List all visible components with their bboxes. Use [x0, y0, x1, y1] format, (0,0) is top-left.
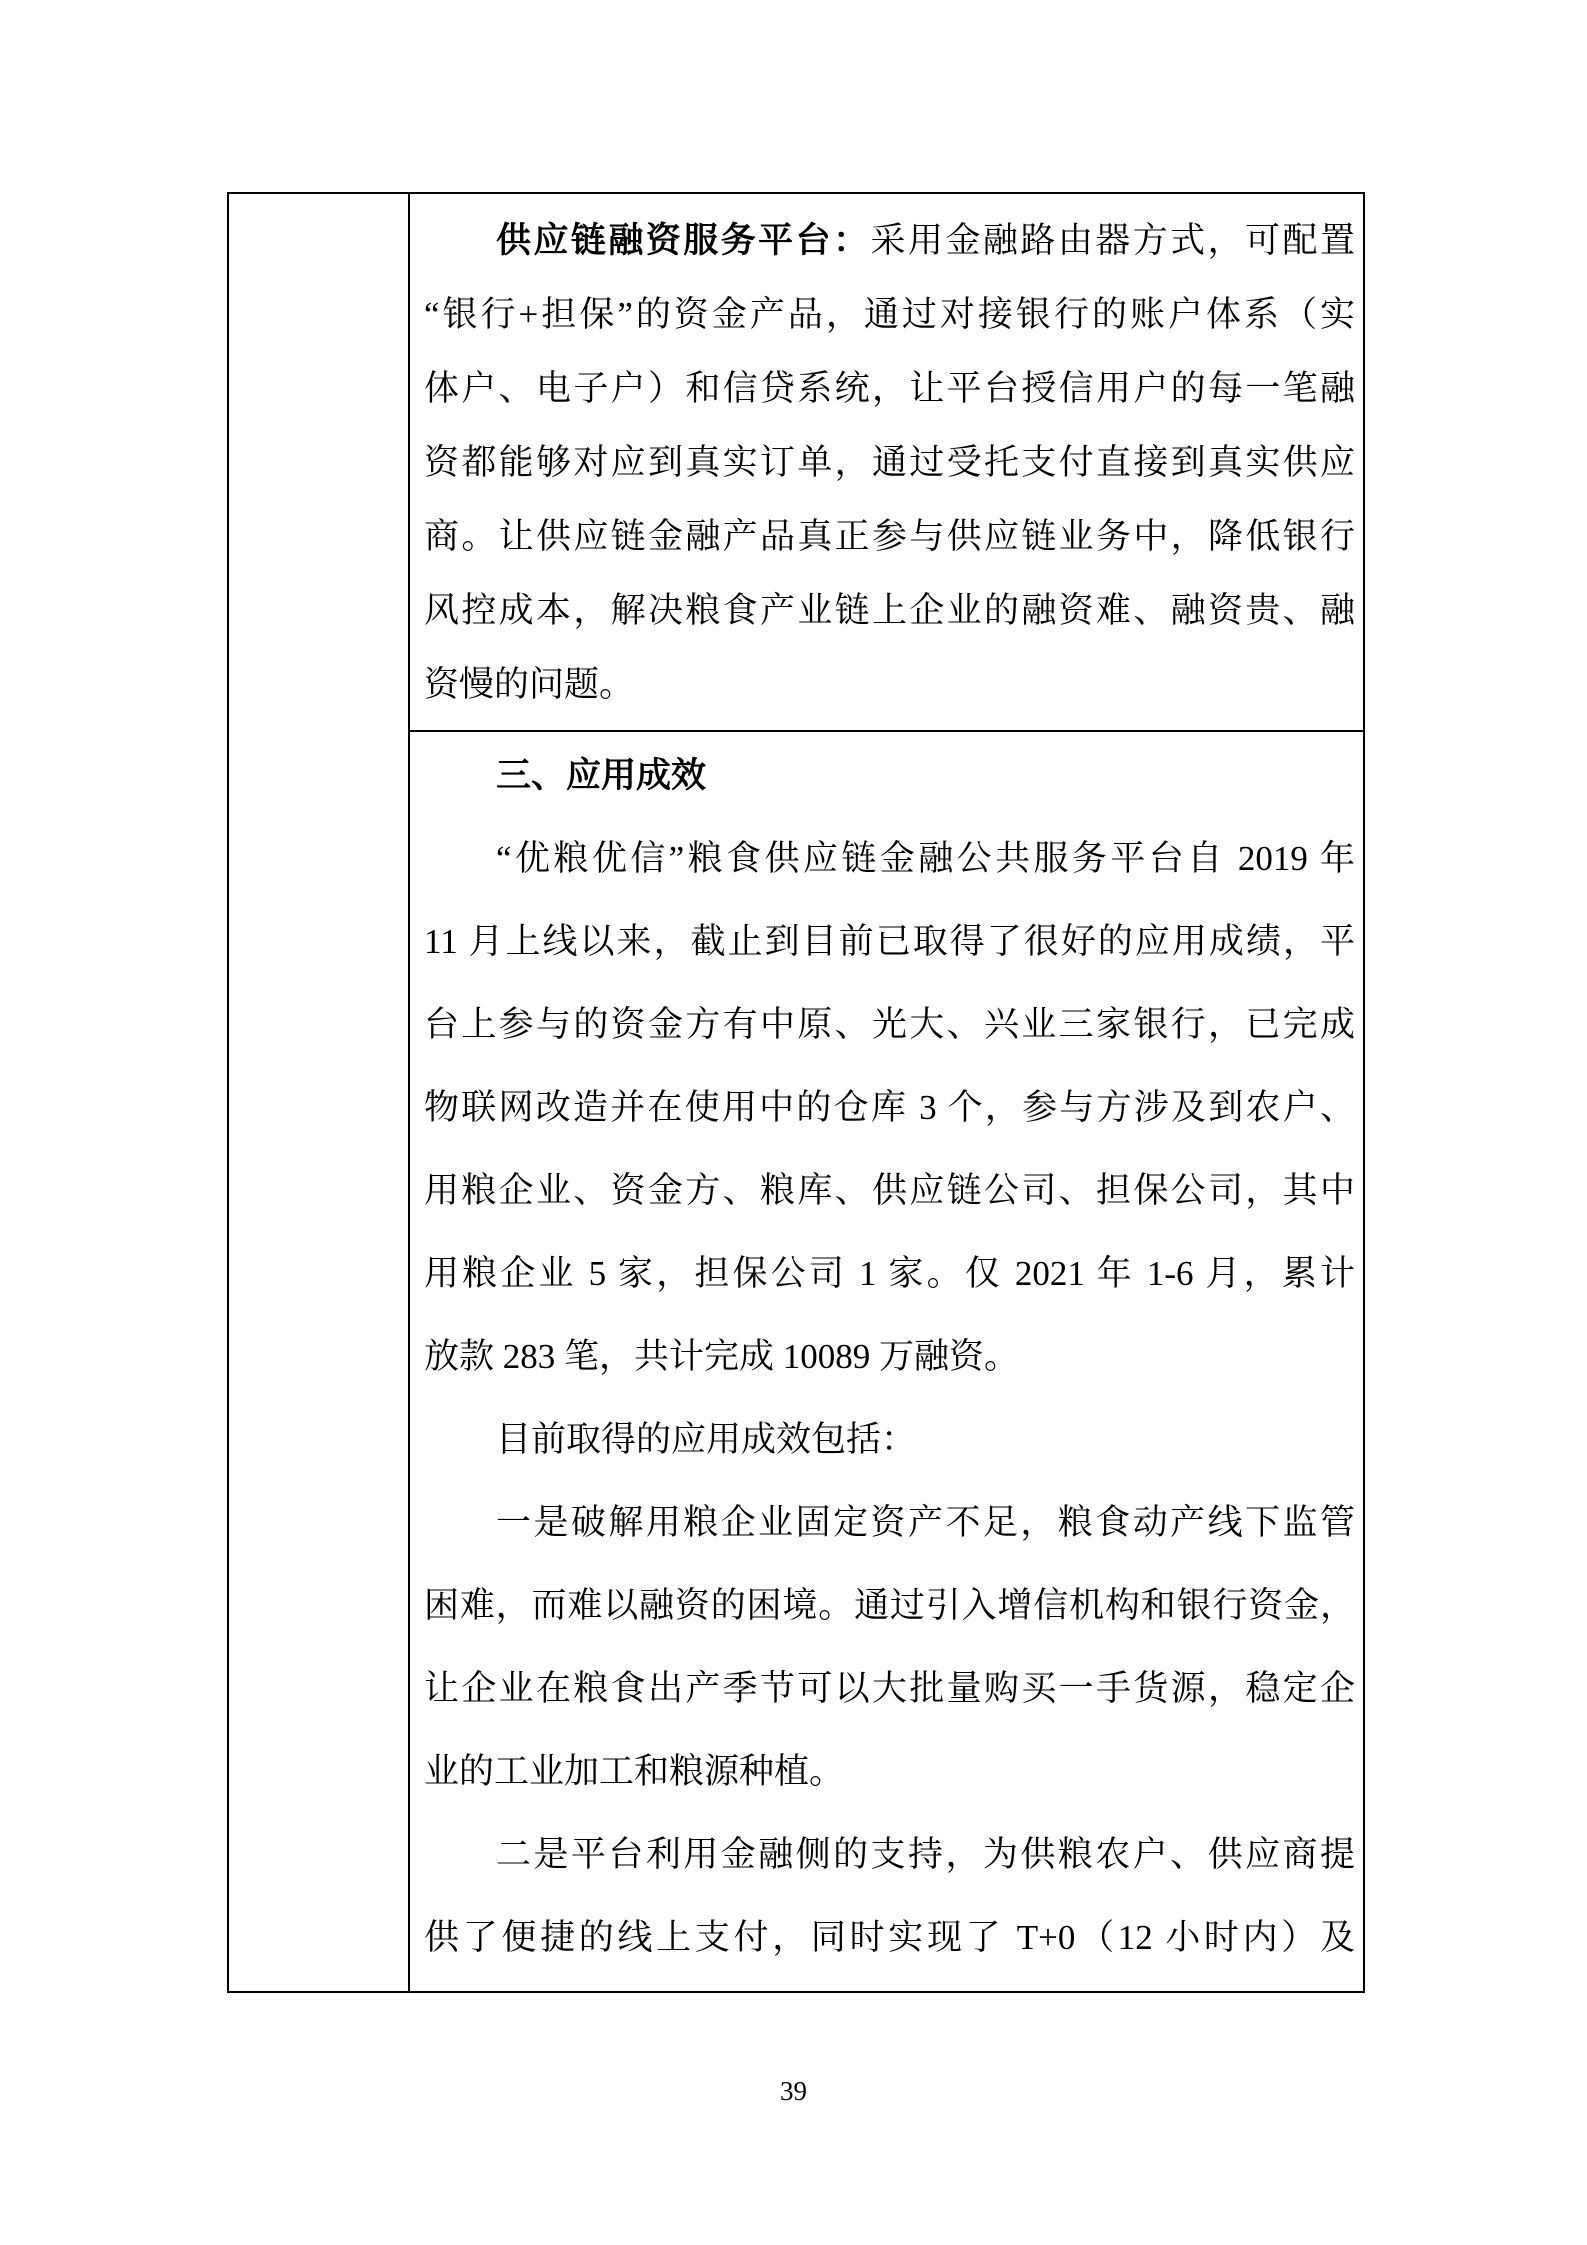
text-line: 三、应用成效 [424, 734, 1355, 817]
text-run: 一是破解用粮企业固定资产不足，粮食动产线下监管 [496, 1503, 1355, 1542]
text-line: 资慢的问题。 [424, 648, 1355, 722]
text-line: 资都能够对应到真实订单，通过受托支付直接到真实供应 [424, 426, 1355, 500]
text-run: 台上参与的资金方有中原、光大、兴业三家银行，已完成 [424, 1005, 1355, 1044]
text-run: “优粮优信”粮食供应链金融公共服务平台自 2019 年 [496, 839, 1355, 878]
text-line: 用粮企业、资金方、粮库、供应链公司、担保公司，其中 [424, 1149, 1355, 1232]
content-table: 供应链融资服务平台：采用金融路由器方式，可配置“银行+担保”的资金产品，通过对接… [227, 192, 1365, 1993]
text-run: 物联网改造并在使用中的仓库 3 个，参与方涉及到农户、 [424, 1088, 1355, 1127]
text-run: 用粮企业 5 家，担保公司 1 家。仅 2021 年 1-6 月，累计 [424, 1254, 1355, 1293]
text-line: “优粮优信”粮食供应链金融公共服务平台自 2019 年 [424, 817, 1355, 900]
text-run: 二是平台利用金融侧的支持，为供粮农户、供应商提 [496, 1835, 1355, 1874]
text-run: 目前取得的应用成效包括： [496, 1420, 916, 1459]
text-line: 放款 283 笔，共计完成 10089 万融资。 [424, 1315, 1355, 1398]
text-line: 二是平台利用金融侧的支持，为供粮农户、供应商提 [424, 1813, 1355, 1896]
text-line: “银行+担保”的资金产品，通过对接银行的账户体系（实 [424, 278, 1355, 352]
text-run: 资都能够对应到真实订单，通过受托支付直接到真实供应 [424, 443, 1355, 482]
text-run: 业的工业加工和粮源种植。 [424, 1752, 844, 1791]
text-line: 商。让供应链金融产品真正参与供应链业务中，降低银行 [424, 500, 1355, 574]
table-cell-platform-description: 供应链融资服务平台：采用金融路由器方式，可配置“银行+担保”的资金产品，通过对接… [410, 194, 1363, 732]
table-cell-left-empty [229, 194, 410, 1991]
text-line: 台上参与的资金方有中原、光大、兴业三家银行，已完成 [424, 983, 1355, 1066]
text-line: 困难，而难以融资的困境。通过引入增信机构和银行资金， [424, 1564, 1355, 1647]
text-run: “银行+担保”的资金产品，通过对接银行的账户体系（实 [424, 295, 1355, 334]
text-line: 物联网改造并在使用中的仓库 3 个，参与方涉及到农户、 [424, 1066, 1355, 1149]
text-line: 业的工业加工和粮源种植。 [424, 1730, 1355, 1813]
text-line: 11 月上线以来，截止到目前已取得了很好的应用成绩，平 [424, 900, 1355, 983]
bold-text-run: 供应链融资服务平台： [496, 221, 871, 260]
text-line: 让企业在粮食出产季节可以大批量购买一手货源，稳定企 [424, 1647, 1355, 1730]
text-line: 风控成本，解决粮食产业链上企业的融资难、融资贵、融 [424, 574, 1355, 648]
text-run: 体户、电子户）和信贷系统，让平台授信用户的每一笔融 [424, 369, 1355, 408]
table-cell-application-results: 三、应用成效“优粮优信”粮食供应链金融公共服务平台自 2019 年11 月上线以… [410, 732, 1363, 1991]
text-run: 用粮企业、资金方、粮库、供应链公司、担保公司，其中 [424, 1171, 1355, 1210]
text-run: 资慢的问题。 [424, 665, 634, 704]
text-line: 目前取得的应用成效包括： [424, 1398, 1355, 1481]
text-line: 体户、电子户）和信贷系统，让平台授信用户的每一笔融 [424, 352, 1355, 426]
text-run: 采用金融路由器方式，可配置 [871, 221, 1355, 260]
text-run: 困难，而难以融资的困境。通过引入增信机构和银行资金， [424, 1586, 1355, 1625]
text-run: 11 月上线以来，截止到目前已取得了很好的应用成绩，平 [424, 922, 1355, 961]
text-run: 供了便捷的线上支付，同时实现了 T+0（12 小时内）及 [424, 1918, 1355, 1957]
text-run: 商。让供应链金融产品真正参与供应链业务中，降低银行 [424, 517, 1355, 556]
text-run: 放款 283 笔，共计完成 10089 万融资。 [424, 1337, 1019, 1376]
text-run: 让企业在粮食出产季节可以大批量购买一手货源，稳定企 [424, 1669, 1355, 1708]
text-line: 用粮企业 5 家，担保公司 1 家。仅 2021 年 1-6 月，累计 [424, 1232, 1355, 1315]
text-line: 供应链融资服务平台：采用金融路由器方式，可配置 [424, 204, 1355, 278]
bold-text-run: 三、应用成效 [496, 756, 706, 795]
text-line: 一是破解用粮企业固定资产不足，粮食动产线下监管 [424, 1481, 1355, 1564]
document-page: 供应链融资服务平台：采用金融路由器方式，可配置“银行+担保”的资金产品，通过对接… [0, 0, 1587, 2245]
page-number: 39 [0, 2076, 1587, 2107]
text-run: 风控成本，解决粮食产业链上企业的融资难、融资贵、融 [424, 591, 1355, 630]
text-line: 供了便捷的线上支付，同时实现了 T+0（12 小时内）及 [424, 1896, 1355, 1979]
